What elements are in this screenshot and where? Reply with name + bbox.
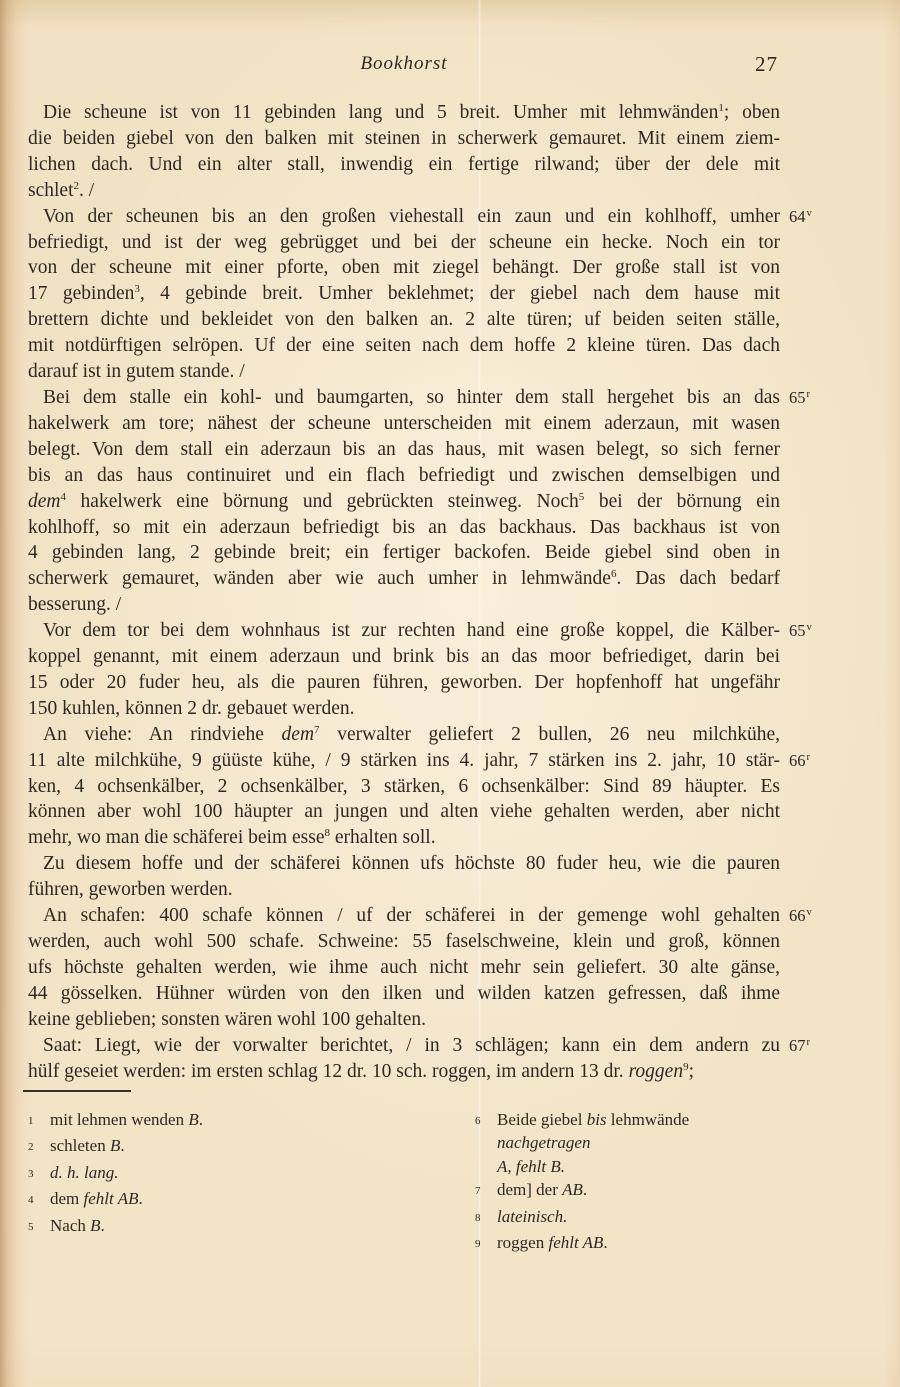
paragraph: Die scheune ist von 11 gebinden lang und… (28, 100, 780, 204)
text-line: besserung. / (28, 592, 780, 618)
folio-margin-note: 66r (789, 748, 809, 774)
footnote-text: Beide giebel bis lehmwände nachgetragenA… (497, 1108, 780, 1178)
text-line: führen, geworben werden. (28, 877, 780, 903)
text-line: befriedigt, und ist der weg gebrügget un… (28, 230, 780, 256)
footnote-item: 2schleten B. (28, 1134, 388, 1160)
text-line: Die scheune ist von 11 gebinden lang und… (28, 100, 780, 126)
folio-margin-note: 67r (789, 1033, 809, 1059)
text-line: 11 alte milchkühe, 9 güüste kühe, / 9 st… (28, 748, 780, 774)
footnote-number: 8 (475, 1204, 497, 1230)
text-line: An viehe: An rindviehe dem7 verwalter ge… (28, 722, 780, 748)
book-page: Bookhorst 27 Die scheune ist von 11 gebi… (0, 0, 900, 1387)
footnote-item: 4dem fehlt AB. (28, 1187, 388, 1213)
footnote-text: d. h. lang. (50, 1161, 388, 1187)
text-line: 44 gösselken. Hühner würden von den ilke… (28, 981, 780, 1007)
footnote-number: 7 (475, 1177, 497, 1203)
text-line: hülf geseiet werden: im ersten schlag 12… (28, 1059, 780, 1085)
footnote-item: 3d. h. lang. (28, 1161, 388, 1187)
footnote-text: mit lehmen wenden B. (50, 1108, 388, 1134)
footnote-item: 6Beide giebel bis lehmwände nachgetragen… (475, 1108, 780, 1178)
text-line: koppel genannt, mit einem aderzaun und b… (28, 644, 780, 670)
text-line: hakelwerk am tore; nähest der scheune un… (28, 411, 780, 437)
footnote-item: 9roggen fehlt AB. (475, 1231, 780, 1257)
text-line: Zu diesem hoffe und der schäferei können… (28, 851, 780, 877)
text-line: belegt. Von dem stall ein aderzaun bis a… (28, 437, 780, 463)
footnote-number: 9 (475, 1230, 497, 1256)
text-line: schlet2. / (28, 178, 780, 204)
footnote-number: 5 (28, 1213, 50, 1239)
text-line: kohlhoff, so mit ein aderzaun befriedigt… (28, 515, 780, 541)
footnote-text: Nach B. (50, 1214, 388, 1240)
footnote-text: schleten B. (50, 1134, 388, 1160)
text-line: brettern dichte und bekleidet von den ba… (28, 307, 780, 333)
folio-margin-note: 65v (789, 618, 811, 644)
footnote-number: 1 (28, 1107, 50, 1133)
footnote-separator (23, 1090, 131, 1092)
footnote-item: 5Nach B. (28, 1214, 388, 1240)
footnote-number: 4 (28, 1186, 50, 1212)
paragraph: Zu diesem hoffe und der schäferei können… (28, 851, 780, 903)
paragraph: Vor dem tor bei dem wohnhaus ist zur rec… (28, 618, 780, 722)
text-line: keine geblieben; sonsten wären wohl 100 … (28, 1007, 780, 1033)
footnotes-right: 6Beide giebel bis lehmwände nachgetragen… (475, 1108, 780, 1257)
text-line: scherwerk gemauret, wänden aber wie auch… (28, 566, 780, 592)
footnote-number: 3 (28, 1160, 50, 1186)
folio-margin-note: 64v (789, 204, 811, 230)
text-line: 17 gebinden3, 4 gebinde breit. Umher bek… (28, 281, 780, 307)
page-right-edge-shadow (884, 0, 900, 1387)
footnote-text: roggen fehlt AB. (497, 1231, 780, 1257)
text-line: bis an das haus continuiret und ein flac… (28, 463, 780, 489)
text-line: dem4 hakelwerk eine börnung und gebrückt… (28, 489, 780, 515)
text-line: die beiden giebel von den balken mit ste… (28, 126, 780, 152)
footnote-item: 1mit lehmen wenden B. (28, 1108, 388, 1134)
paragraph: An schafen: 400 schafe können / uf der s… (28, 903, 780, 1033)
text-line: 150 kuhlen, können 2 dr. gebauet werden. (28, 696, 780, 722)
footnote-text: lateinisch. (497, 1205, 780, 1231)
text-line: werden, auch wohl 500 schafe. Schweine: … (28, 929, 780, 955)
text-line: Saat: Liegt, wie der vorwalter berichtet… (28, 1033, 780, 1059)
text-line: An schafen: 400 schafe können / uf der s… (28, 903, 780, 929)
page-top-edge-shadow (0, 0, 900, 26)
paragraph: Saat: Liegt, wie der vorwalter berichtet… (28, 1033, 780, 1085)
text-line: darauf ist in gutem stande. / (28, 359, 780, 385)
footnotes-left: 1mit lehmen wenden B.2schleten B.3d. h. … (28, 1108, 388, 1240)
text-line: ken, 4 ochsenkälber, 2 ochsenkälber, 3 s… (28, 774, 780, 800)
text-line: 15 oder 20 fuder heu, als die pauren füh… (28, 670, 780, 696)
footnote-item: 7dem] der AB. (475, 1178, 780, 1204)
footnote-number: 6 (475, 1107, 497, 1177)
footnote-text: dem] der AB. (497, 1178, 780, 1204)
footnote-item: 8lateinisch. (475, 1205, 780, 1231)
running-head-title: Bookhorst (28, 53, 780, 75)
text-line: mit notdürftigen selröpen. Uf der eine s… (28, 333, 780, 359)
running-head: Bookhorst 27 (28, 53, 780, 81)
text-line: Von der scheunen bis an den großen viehe… (28, 204, 780, 230)
folio-margin-note: 66v (789, 903, 811, 929)
text-line: von der scheune mit einer pforte, oben m… (28, 255, 780, 281)
footnote-text: dem fehlt AB. (50, 1187, 388, 1213)
folio-margin-note: 65r (789, 385, 809, 411)
text-line: lichen dach. Und ein alter stall, inwend… (28, 152, 780, 178)
footnote-number: 2 (28, 1133, 50, 1159)
text-line: Bei dem stalle ein kohl- und baumgarten,… (28, 385, 780, 411)
text-line: können aber wohl 100 häupter an jungen u… (28, 799, 780, 825)
text-line: 4 gebinden lang, 2 gebinde breit; ein fe… (28, 540, 780, 566)
page-number: 27 (755, 52, 778, 77)
paragraph: Bei dem stalle ein kohl- und baumgarten,… (28, 385, 780, 618)
text-line: mehr, wo man die schäferei beim esse8 er… (28, 825, 780, 851)
text-line: ufs höchste gehalten werden, wie ihme au… (28, 955, 780, 981)
body-text: Die scheune ist von 11 gebinden lang und… (28, 100, 780, 1084)
paragraph: Von der scheunen bis an den großen viehe… (28, 204, 780, 385)
paragraph: An viehe: An rindviehe dem7 verwalter ge… (28, 722, 780, 852)
text-line: Vor dem tor bei dem wohnhaus ist zur rec… (28, 618, 780, 644)
